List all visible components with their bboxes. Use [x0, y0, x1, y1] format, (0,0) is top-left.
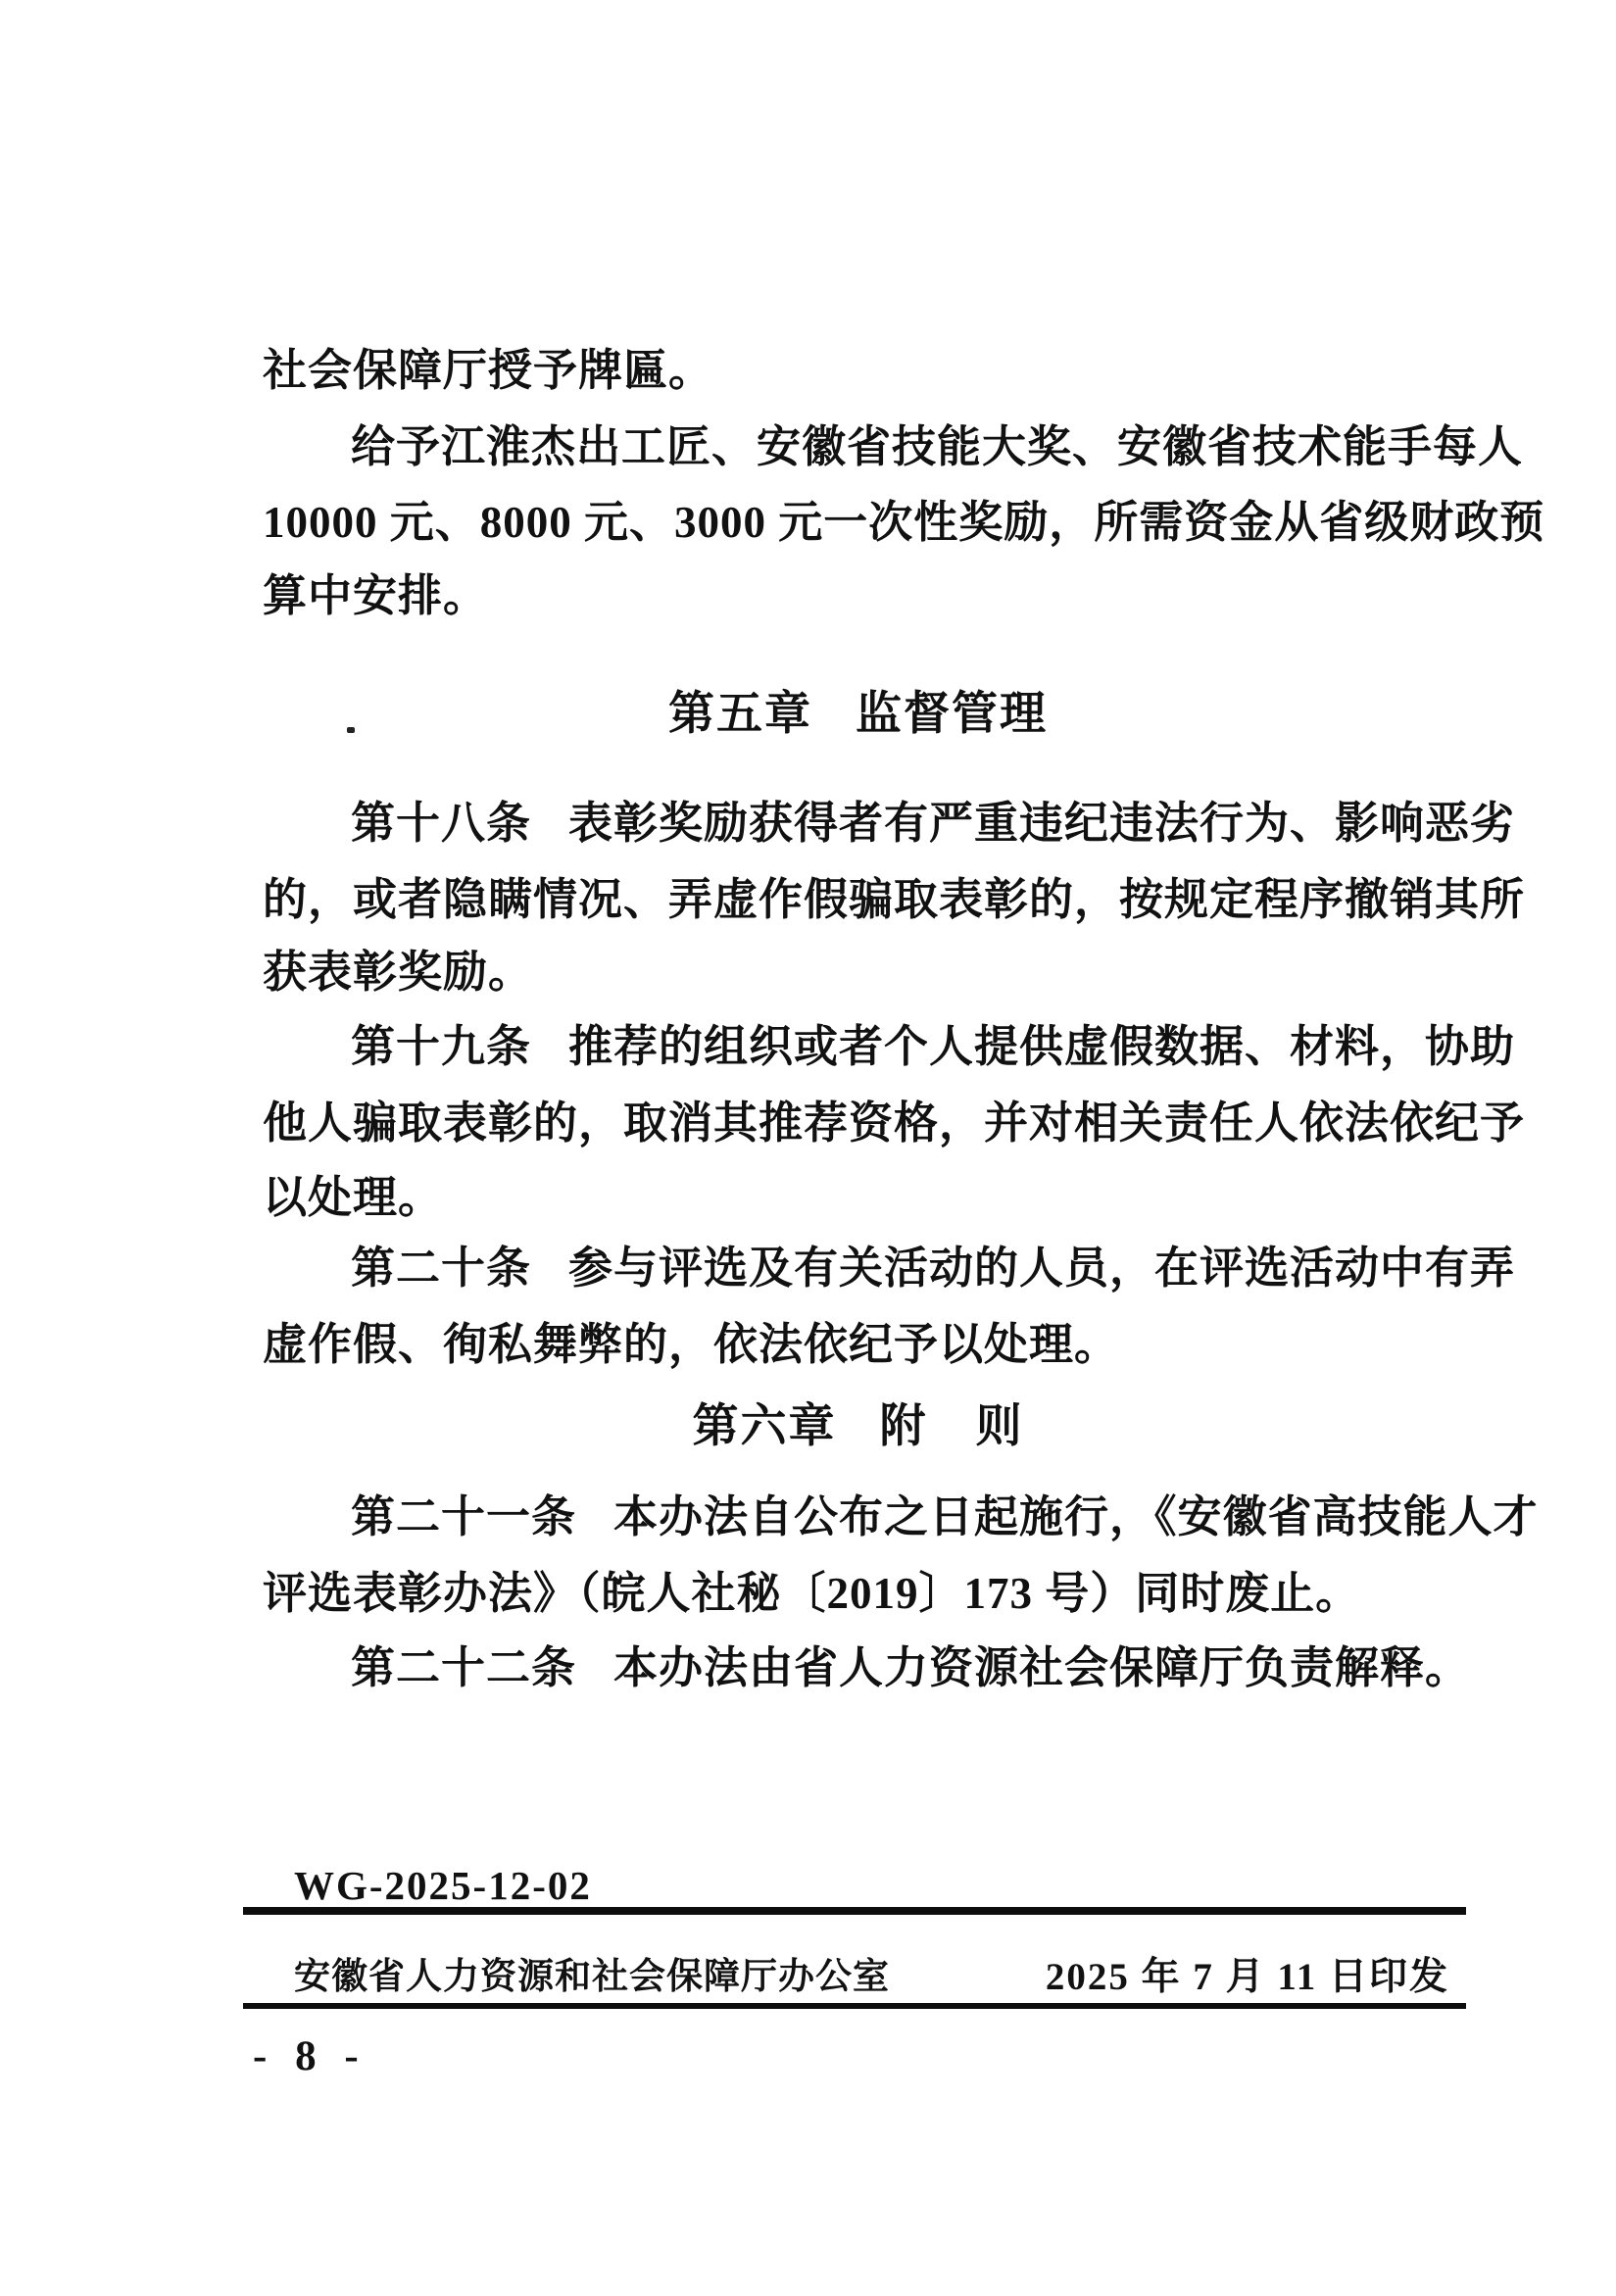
body-text: 给予江淮杰出工匠、安徽省技能大奖、安徽省技术能手每人	[351, 422, 1523, 471]
body-text: 的，或者隐瞒情况、弄虚作假骗取表彰的，按规定程序撤销其所	[263, 875, 1525, 924]
chapter-number: 第六章	[693, 1399, 837, 1451]
body-line: 以处理。	[263, 1168, 1527, 1227]
footer-rule-bottom	[243, 2003, 1466, 2009]
chapter-5-heading: 第五章监督管理	[263, 683, 1453, 744]
body-line: 算中安排。	[263, 566, 1527, 625]
chapter-6-heading: 第六章附 则	[263, 1395, 1453, 1456]
body-text: 参与评选及有关活动的人员，在评选活动中有弄	[568, 1244, 1515, 1293]
chapter-number: 第五章	[668, 687, 812, 739]
issuing-office: 安徽省人力资源和社会保障厅办公室	[294, 1946, 890, 1999]
body-text: 本办法自公布之日起施行，《安徽省高技能人才	[613, 1492, 1539, 1541]
body-text: 本办法由省人力资源社会保障厅负责解释。	[613, 1643, 1470, 1692]
body-line: 的，或者隐瞒情况、弄虚作假骗取表彰的，按规定程序撤销其所	[263, 870, 1527, 929]
scan-speck	[347, 727, 355, 733]
footer-rule-top	[243, 1907, 1466, 1915]
page-number: - 8 -	[253, 2032, 367, 2080]
body-line: 社会保障厅授予牌匾。	[263, 341, 1527, 400]
article-number: 第十九条	[351, 1021, 531, 1071]
document-page: 社会保障厅授予牌匾。 给予江淮杰出工匠、安徽省技能大奖、安徽省技术能手每人 10…	[0, 0, 1616, 2296]
body-text: 10000 元、8000 元、3000 元一次性奖励，所需资金从省级财政预	[263, 498, 1544, 547]
body-line: 虚作假、徇私舞弊的，依法依纪予以处理。	[263, 1315, 1527, 1374]
body-line: 第二十一条本办法自公布之日起施行，《安徽省高技能人才	[263, 1488, 1615, 1546]
chapter-title: 附 则	[880, 1399, 1024, 1451]
article-number: 第二十二条	[351, 1642, 576, 1692]
body-line: 他人骗取表彰的，取消其推荐资格，并对相关责任人依法依纪予	[263, 1094, 1527, 1152]
body-text: 社会保障厅授予牌匾。	[263, 346, 713, 395]
body-line: 给予江淮杰出工匠、安徽省技能大奖、安徽省技术能手每人	[263, 417, 1615, 476]
body-text: 虚作假、徇私舞弊的，依法依纪予以处理。	[263, 1320, 1119, 1369]
body-line: 评选表彰办法》（皖人社秘〔2019〕173 号）同时废止。	[263, 1564, 1527, 1623]
article-number: 第十八条	[351, 798, 531, 848]
body-text: 评选表彰办法》（皖人社秘〔2019〕173 号）同时废止。	[263, 1569, 1360, 1618]
body-text: 获表彰奖励。	[263, 948, 533, 997]
body-text: 算中安排。	[263, 571, 488, 620]
body-text: 推荐的组织或者个人提供虚假数据、材料，协助	[568, 1022, 1515, 1071]
body-text: 表彰奖励获得者有严重违纪违法行为、影响恶劣	[568, 799, 1515, 848]
body-text: 他人骗取表彰的，取消其推荐资格，并对相关责任人依法依纪予	[263, 1099, 1525, 1148]
chapter-title: 监督管理	[856, 687, 1048, 739]
body-text: 以处理。	[263, 1173, 443, 1222]
body-line: 第二十条参与评选及有关活动的人员，在评选活动中有弄	[263, 1239, 1615, 1297]
article-number: 第二十条	[351, 1243, 531, 1293]
document-code: WG-2025-12-02	[294, 1862, 592, 1909]
body-line: 10000 元、8000 元、3000 元一次性奖励，所需资金从省级财政预	[263, 493, 1527, 552]
article-number: 第二十一条	[351, 1491, 576, 1541]
body-line: 第十八条表彰奖励获得者有严重违纪违法行为、影响恶劣	[263, 794, 1615, 853]
body-line: 第二十二条本办法由省人力资源社会保障厅负责解释。	[263, 1638, 1615, 1697]
print-date: 2025 年 7 月 11 日印发	[1046, 1946, 1449, 2001]
body-line: 获表彰奖励。	[263, 943, 1527, 1001]
body-line: 第十九条推荐的组织或者个人提供虚假数据、材料，协助	[263, 1017, 1615, 1076]
